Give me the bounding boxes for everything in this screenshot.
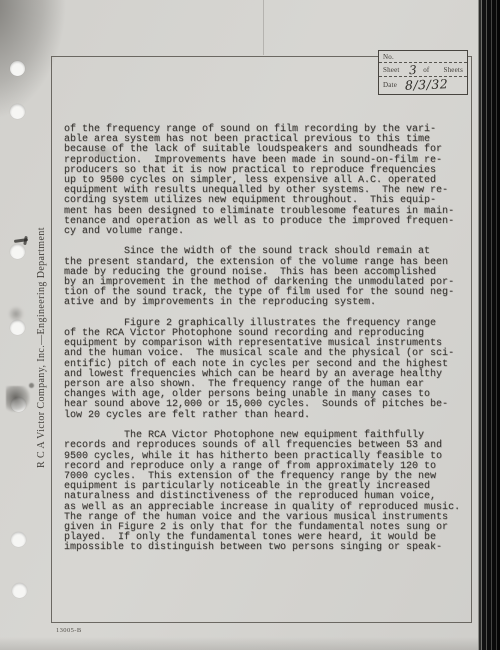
- punch-hole: [12, 583, 27, 598]
- stamp-date-label: Date: [383, 81, 397, 89]
- stamp-date-value-handwritten: 8/3/32: [405, 78, 449, 92]
- paper-crease-line: [263, 0, 264, 55]
- stamp-row-no: No.: [379, 51, 467, 63]
- ink-mark: [23, 236, 28, 245]
- scanned-document-page: No. Sheet 3 of Sheets Date 8/3/32 R C A …: [0, 0, 500, 650]
- punch-hole: [11, 397, 26, 412]
- stamp-sheet-value-handwritten: 3: [408, 63, 416, 75]
- bottom-edge-shade: [0, 637, 478, 650]
- body-text: of the frequency range of sound on film …: [64, 125, 460, 554]
- letterhead-side-text: R C A Victor Company, Inc.—Engineering D…: [36, 227, 47, 468]
- punch-hole: [10, 104, 25, 119]
- sheet-stamp-box: No. Sheet 3 of Sheets Date 8/3/32: [378, 50, 468, 95]
- stamp-no-label: No.: [383, 53, 394, 61]
- punch-hole: [10, 244, 25, 259]
- stamp-of-label: of: [423, 66, 429, 74]
- stamp-row-date: Date 8/3/32: [379, 77, 467, 93]
- scanner-edge-strip: [478, 0, 500, 650]
- stamp-row-sheet: Sheet 3 of Sheets: [379, 63, 467, 77]
- form-number: 13005-B: [56, 627, 82, 634]
- ink-dot: [29, 383, 34, 388]
- punch-hole: [10, 61, 25, 76]
- ink-mark: [14, 238, 28, 243]
- punch-hole: [11, 532, 26, 547]
- stamp-sheet-label: Sheet: [383, 66, 400, 74]
- punch-hole: [10, 320, 25, 335]
- stamp-sheets-label: Sheets: [444, 66, 463, 74]
